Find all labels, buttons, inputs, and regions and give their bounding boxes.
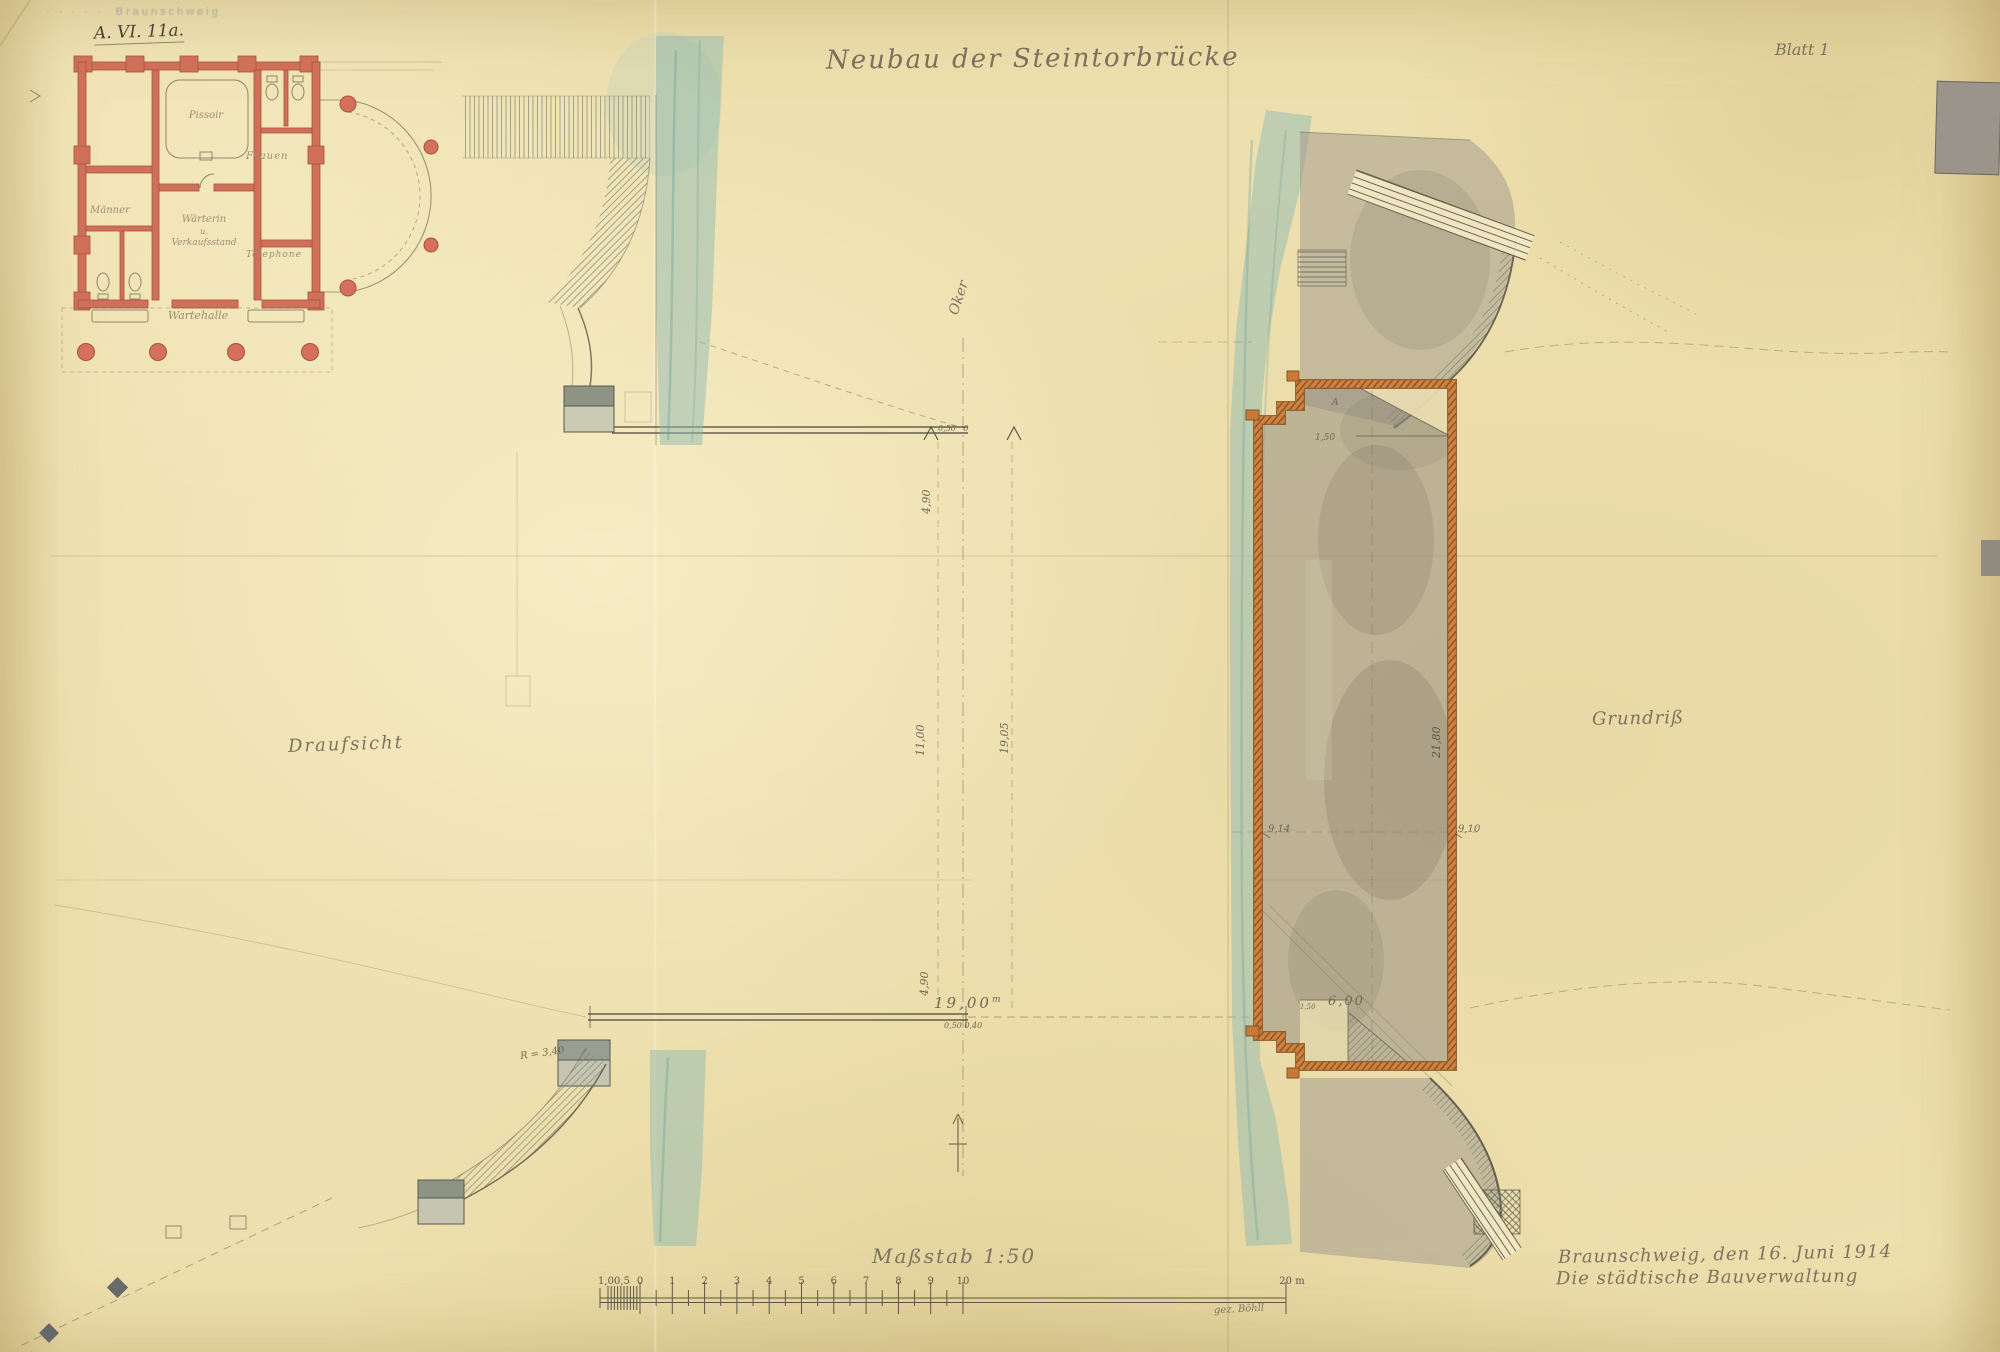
- dim-edge-right: 9,10: [1458, 824, 1480, 835]
- dim-top-offsets: 0,50 0: [938, 424, 969, 433]
- scalebar-label: 7: [863, 1276, 869, 1287]
- right-view-label: Grundriß: [1592, 707, 1684, 730]
- scalebar-label: 1: [669, 1276, 675, 1287]
- dim-span-unit: m: [992, 995, 1004, 1005]
- dim-edge-left: 9,14: [1268, 824, 1290, 835]
- drawing-linework: [0, 0, 2000, 1352]
- dim-span-sub: 0,50 0,40: [944, 1021, 982, 1030]
- dim-span: 19,00m: [934, 994, 1004, 1012]
- room-label-pissoir: Pissoir: [176, 110, 236, 121]
- scalebar-label: 4: [766, 1276, 772, 1287]
- scalebar-label: 1,0: [598, 1276, 614, 1287]
- scalebar-label: 10: [957, 1276, 970, 1287]
- scalebar-label: 6: [831, 1276, 837, 1287]
- dim-deck-top: 1,50: [1315, 433, 1335, 443]
- archive-stamp: · · · · · Braunschweig: [46, 6, 326, 18]
- sheet-number: Blatt 1: [1775, 40, 1830, 59]
- scalebar-label: 5: [798, 1276, 804, 1287]
- dim-floor-small: 1,50: [1300, 1003, 1316, 1011]
- room-label-wartehalle: Wartehalle: [156, 309, 240, 322]
- construction-lines: [50, 62, 1938, 1017]
- scalebar-label: 2: [701, 1276, 707, 1287]
- left-view-label: Draufsicht: [288, 732, 405, 757]
- drawing-sheet: · · · · · Braunschweig A. VI. 11a. Neuba…: [0, 0, 2000, 1352]
- scalebar-label: 9: [928, 1276, 934, 1287]
- dim-mid-right: 19,05: [998, 723, 1011, 755]
- scalebar-label: 3: [734, 1276, 740, 1287]
- lower-left-quay: [20, 1040, 706, 1346]
- dim-span-value: 19,00: [934, 994, 992, 1012]
- scalebar-label: 0,5: [614, 1276, 630, 1287]
- dim-marker-a: A: [1332, 398, 1339, 408]
- dim-upper-half: 4,90: [920, 490, 933, 515]
- scale-label: Maßstab 1:50: [872, 1244, 1036, 1268]
- room-label-und: u.: [196, 227, 212, 236]
- scalebar-label: 8: [895, 1276, 901, 1287]
- dim-floor-width: 6,00: [1328, 994, 1365, 1009]
- archive-number: A. VI. 11a.: [94, 20, 185, 45]
- upper-left-quay: [462, 32, 724, 445]
- room-label-telephone: Telephone: [246, 250, 302, 260]
- authority: Die städtische Bauverwaltung: [1556, 1266, 1859, 1290]
- room-label-frauen: Frauen: [246, 151, 288, 162]
- room-label-maenner: Männer: [90, 205, 130, 216]
- room-label-verkaufsstand: Verkaufsstand: [157, 238, 251, 248]
- drawing-title: Neubau der Steintorbrücke: [826, 42, 1206, 75]
- scalebar-label: 0: [637, 1276, 643, 1287]
- room-label-waerterin: Wärterin: [160, 214, 248, 225]
- dim-lower-half: 4,90: [918, 972, 931, 997]
- pavilion-floor-plan: [74, 56, 324, 310]
- scalebar-label: 20 m: [1279, 1276, 1304, 1287]
- paper-patches: [1935, 81, 2000, 576]
- dim-deck-length: 21,80: [1430, 727, 1443, 759]
- dim-mid-left: 11,00: [914, 725, 927, 757]
